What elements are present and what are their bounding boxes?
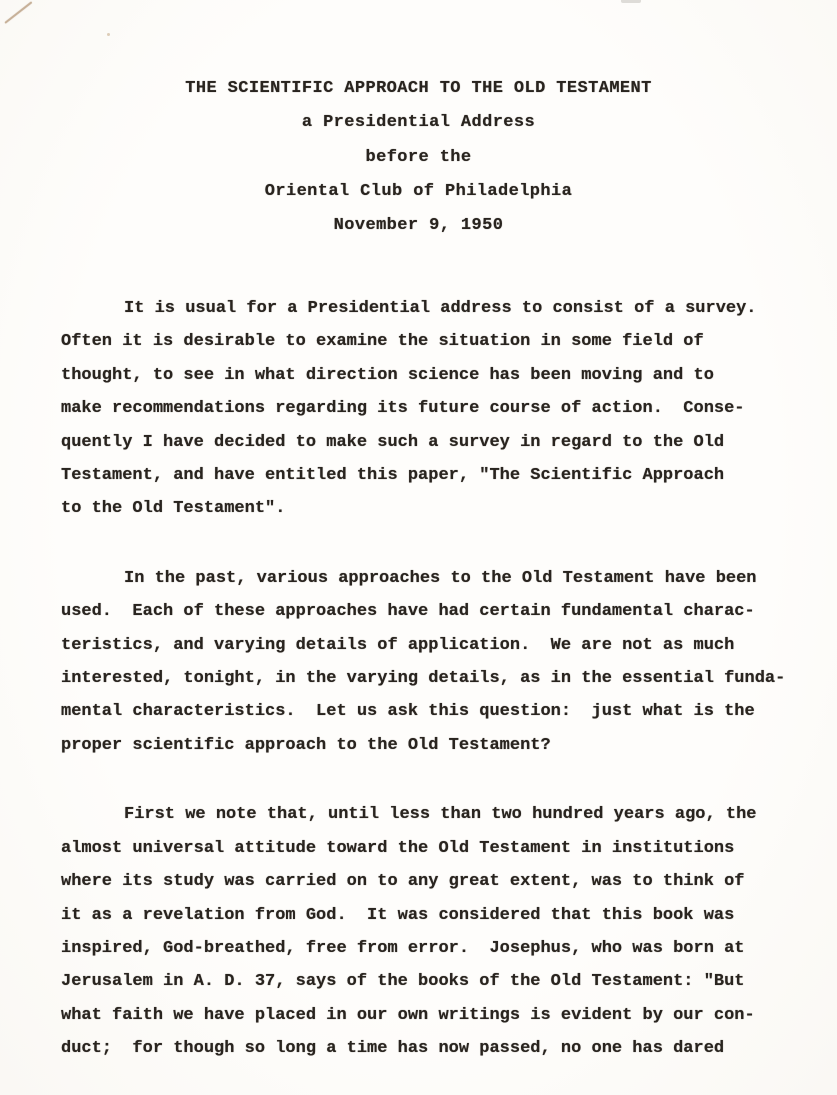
- body-line: used. Each of these approaches have had …: [61, 595, 801, 628]
- body-line: inspired, God-breathed, free from error.…: [61, 932, 801, 965]
- paragraph-2: In the past, various approaches to the O…: [61, 562, 801, 762]
- document-page: THE SCIENTIFIC APPROACH TO THE OLD TESTA…: [0, 0, 837, 1095]
- body-line: In the past, various approaches to the O…: [61, 562, 801, 595]
- body-line: thought, to see in what direction scienc…: [61, 359, 801, 392]
- document-title: THE SCIENTIFIC APPROACH TO THE OLD TESTA…: [0, 72, 837, 106]
- top-edge-smudge: [621, 0, 641, 3]
- body-line: proper scientific approach to the Old Te…: [61, 729, 801, 762]
- body-line: where its study was carried on to any gr…: [61, 865, 801, 898]
- title-block: THE SCIENTIFIC APPROACH TO THE OLD TESTA…: [0, 72, 837, 243]
- title-subline-address-type: a Presidential Address: [0, 106, 837, 140]
- title-subline-before-the: before the: [0, 141, 837, 175]
- body-line: it as a revelation from God. It was cons…: [61, 899, 801, 932]
- body-line: almost universal attitude toward the Old…: [61, 832, 801, 865]
- body-line: teristics, and varying details of applic…: [61, 629, 801, 662]
- body-line: make recommendations regarding its futur…: [61, 392, 801, 425]
- paragraph-1: It is usual for a Presidential address t…: [61, 292, 801, 526]
- body-line: what faith we have placed in our own wri…: [61, 999, 801, 1032]
- title-subline-date: November 9, 1950: [0, 209, 837, 243]
- body-line: Often it is desirable to examine the sit…: [61, 325, 801, 358]
- pencil-slash-mark: [4, 1, 32, 24]
- body-line: duct; for though so long a time has now …: [61, 1032, 801, 1065]
- body-line: mental characteristics. Let us ask this …: [61, 695, 801, 728]
- body-line: First we note that, until less than two …: [61, 798, 801, 831]
- body-line: interested, tonight, in the varying deta…: [61, 662, 801, 695]
- title-subline-organization: Oriental Club of Philadelphia: [0, 175, 837, 209]
- body-line: It is usual for a Presidential address t…: [61, 292, 801, 325]
- paragraph-3: First we note that, until less than two …: [61, 798, 801, 1065]
- body-line: to the Old Testament".: [61, 492, 801, 525]
- document-body: It is usual for a Presidential address t…: [61, 292, 801, 1066]
- body-line: Testament, and have entitled this paper,…: [61, 459, 801, 492]
- paper-speck: [107, 33, 110, 36]
- body-line: quently I have decided to make such a su…: [61, 426, 801, 459]
- body-line: Jerusalem in A. D. 37, says of the books…: [61, 965, 801, 998]
